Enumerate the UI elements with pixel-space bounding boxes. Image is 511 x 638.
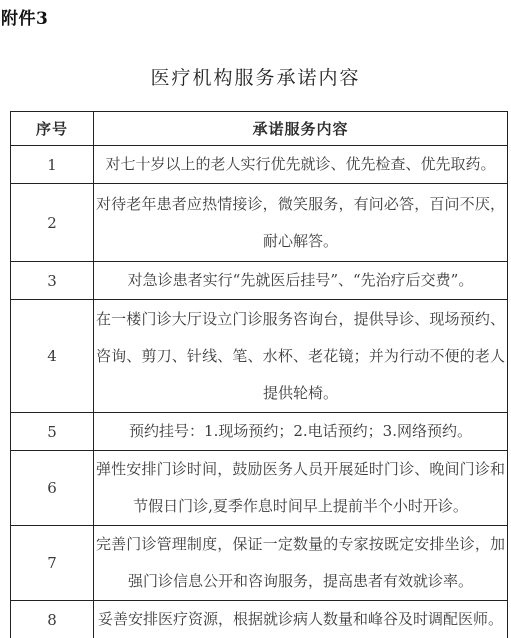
table-row: 7 完善门诊管理制度，保证一定数量的专家按既定安排坐诊，加强门诊信息公开和咨询服… [11,526,508,601]
attachment-label: 附件3 [1,4,48,29]
header-cell-content: 承诺服务内容 [94,112,508,146]
header-cell-no: 序号 [11,112,94,146]
table-row: 4 在一楼门诊大厅设立门诊服务咨询台，提供导诊、现场预约、咨询、剪刀、针线、笔、… [11,300,508,413]
row-content-cell: 对急诊患者实行“先就医后挂号”、“先治疗后交费”。 [94,262,508,300]
row-content-cell: 对七十岁以上的老人实行优先就诊、优先检查、优先取药。 [94,146,508,184]
table-header-row: 序号 承诺服务内容 [11,112,508,146]
row-content-cell: 对待老年患者应热情接诊，微笑服务，有问必答，百问不厌，耐心解答。 [94,184,508,262]
row-number-cell: 3 [11,262,94,300]
row-number-cell: 6 [11,451,94,526]
table-row: 3 对急诊患者实行“先就医后挂号”、“先治疗后交费”。 [11,262,508,300]
row-number-cell: 5 [11,413,94,451]
row-number-cell: 1 [11,146,94,184]
row-content-cell: 妥善安排医疗资源，根据就诊病人数量和峰谷及时调配医师。 [94,601,508,638]
table-row: 2 对待老年患者应热情接诊，微笑服务，有问必答，百问不厌，耐心解答。 [11,184,508,262]
row-content-cell: 完善门诊管理制度，保证一定数量的专家按既定安排坐诊，加强门诊信息公开和咨询服务，… [94,526,508,601]
row-content-cell: 弹性安排门诊时间，鼓励医务人员开展延时门诊、晚间门诊和节假日门诊,夏季作息时间早… [94,451,508,526]
row-number-cell: 4 [11,300,94,413]
table-row: 1 对七十岁以上的老人实行优先就诊、优先检查、优先取药。 [11,146,508,184]
table-row: 5 预约挂号：1.现场预约；2.电话预约；3.网络预约。 [11,413,508,451]
row-content-cell: 预约挂号：1.现场预约；2.电话预约；3.网络预约。 [94,413,508,451]
table-body: 1 对七十岁以上的老人实行优先就诊、优先检查、优先取药。 2 对待老年患者应热情… [11,146,508,638]
row-number-cell: 7 [11,526,94,601]
page-title: 医疗机构服务承诺内容 [0,63,511,90]
row-content-cell: 在一楼门诊大厅设立门诊服务咨询台，提供导诊、现场预约、咨询、剪刀、针线、笔、水杯… [94,300,508,413]
row-number-cell: 2 [11,184,94,262]
document-page: 附件3 医疗机构服务承诺内容 序号 承诺服务内容 1 对七十岁以上的老人实行优先… [0,0,511,638]
table-row: 6 弹性安排门诊时间，鼓励医务人员开展延时门诊、晚间门诊和节假日门诊,夏季作息时… [11,451,508,526]
row-number-cell: 8 [11,601,94,638]
table-row: 8 妥善安排医疗资源，根据就诊病人数量和峰谷及时调配医师。 [11,601,508,638]
commitments-table: 序号 承诺服务内容 1 对七十岁以上的老人实行优先就诊、优先检查、优先取药。 2… [10,111,508,638]
